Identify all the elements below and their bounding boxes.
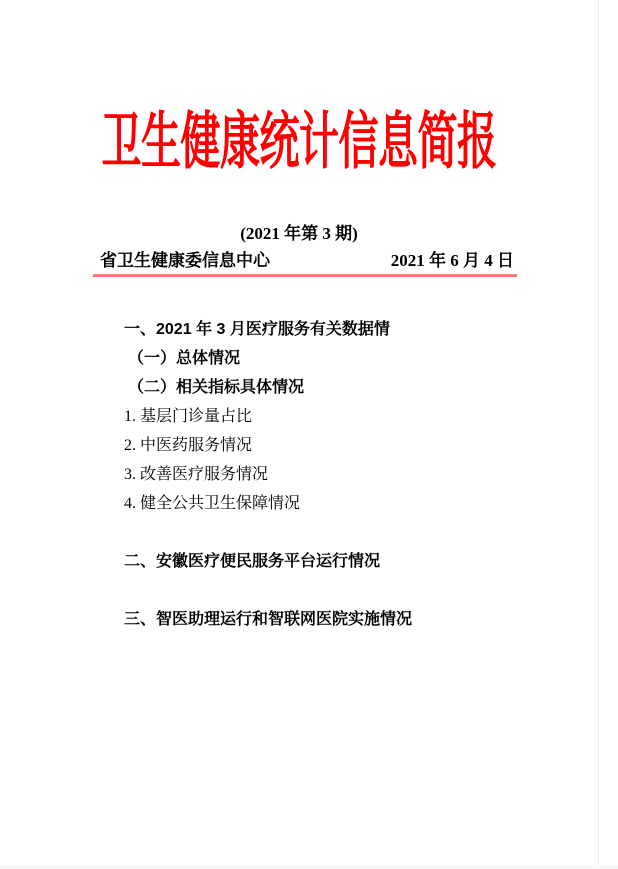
masthead-divider [93, 274, 517, 277]
toc-numbered-item-3: 3. 改善医疗服务情况 [124, 460, 598, 489]
toc-numbered-item-2: 2. 中医药服务情况 [124, 431, 598, 460]
toc-subsection-1: （一）总体情况 [124, 344, 598, 373]
table-of-contents: 一、2021 年 3 月医疗服务有关数据情 （一）总体情况 （二）相关指标具体情… [124, 315, 598, 634]
document-page: 卫生健康统计信息简报 (2021 年第 3 期) 省卫生健康委信息中心 2021… [0, 0, 599, 865]
publish-date: 2021 年 6 月 4 日 [391, 250, 517, 271]
toc-numbered-item-4: 4. 健全公共卫生保障情况 [124, 489, 598, 518]
toc-section-1-heading: 一、2021 年 3 月医疗服务有关数据情 [124, 315, 598, 344]
bulletin-title: 卫生健康统计信息简报 [102, 108, 497, 176]
toc-numbered-item-1: 1. 基层门诊量占比 [124, 402, 598, 431]
page-bottom-edge [0, 865, 618, 869]
document-viewport: 卫生健康统计信息简报 (2021 年第 3 期) 省卫生健康委信息中心 2021… [0, 0, 618, 869]
toc-subsection-2: （二）相关指标具体情况 [124, 373, 598, 402]
toc-section-2-heading: 二、安徽医疗便民服务平台运行情况 [124, 547, 598, 576]
publisher-name: 省卫生健康委信息中心 [93, 250, 270, 271]
issue-number: (2021 年第 3 期) [0, 224, 598, 244]
masthead: 卫生健康统计信息简报 [0, 108, 598, 180]
toc-section-3-heading: 三、智医助理运行和智联网医院实施情况 [124, 605, 598, 634]
publisher-row: 省卫生健康委信息中心 2021 年 6 月 4 日 [93, 250, 517, 271]
